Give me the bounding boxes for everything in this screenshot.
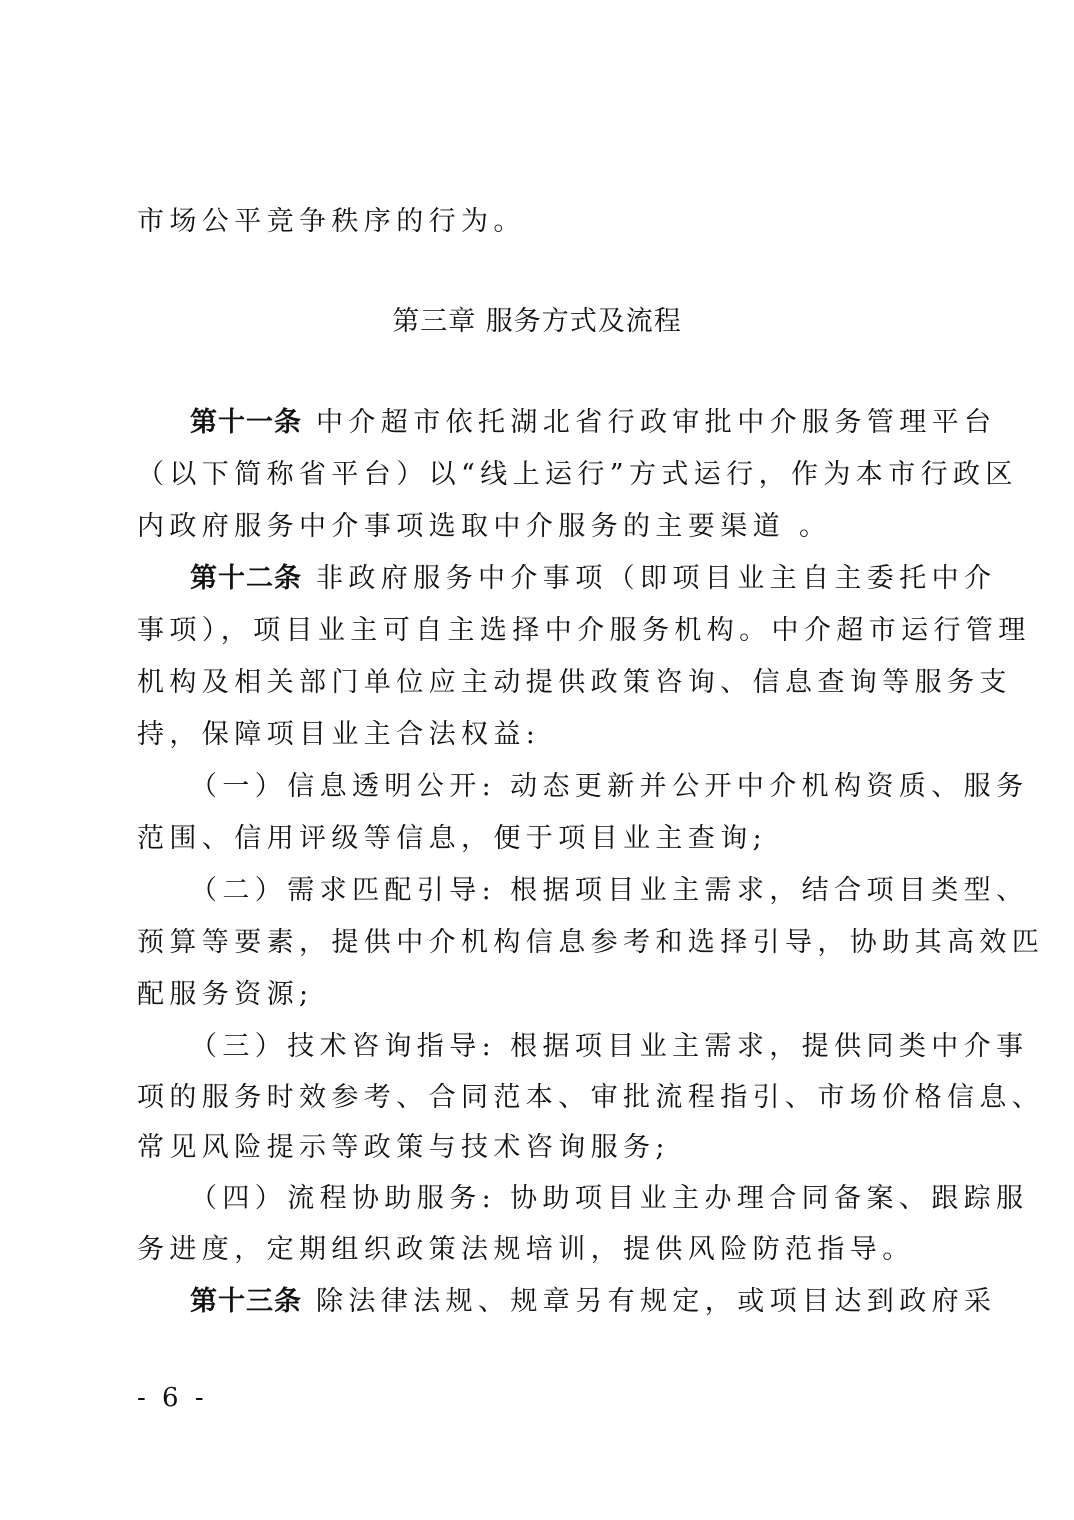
item-1-line-2: 范围、信用评级等信息，便于项目业主查询; <box>137 821 943 857</box>
article-12-line-4: 持，保障项目业主合法权益: <box>137 717 943 753</box>
continuation-line: 市场公平竞争秩序的行为。 <box>137 204 943 240</box>
chapter-heading: 第三章 服务方式及流程 <box>0 304 1074 340</box>
article-label: 第十一条 <box>190 407 302 438</box>
article-12-line-3: 机构及相关部门单位应主动提供政策咨询、信息查询等服务支 <box>137 665 943 701</box>
document-page: 市场公平竞争秩序的行为。 第三章 服务方式及流程 第十一条中介超市依托湖北省行政… <box>0 0 1074 1520</box>
article-11-line-2: （以下简称省平台）以“线上运行”方式运行，作为本市行政区 <box>137 457 943 493</box>
item-3-line-1: （三）技术咨询指导: 根据项目业主需求，提供同类中介事 <box>190 1029 943 1065</box>
page-number: - 6 - <box>137 1380 208 1416</box>
item-2-line-3: 配服务资源; <box>137 977 943 1013</box>
item-3-line-2: 项的服务时效参考、合同范本、审批流程指引、市场价格信息、 <box>137 1080 943 1116</box>
item-2-line-2: 预算等要素，提供中介机构信息参考和选择引导，协助其高效匹 <box>137 925 943 961</box>
item-1-line-1: （一）信息透明公开: 动态更新并公开中介机构资质、服务 <box>190 769 943 805</box>
item-2-line-1: （二）需求匹配引导: 根据项目业主需求，结合项目类型、 <box>190 873 943 909</box>
item-3-line-3: 常见风险提示等政策与技术咨询服务; <box>137 1130 943 1166</box>
article-11-line-1: 第十一条中介超市依托湖北省行政审批中介服务管理平台 <box>190 405 943 441</box>
article-11-line-3: 内政府服务中介事项选取中介服务的主要渠道 。 <box>137 509 943 545</box>
article-13-line-1: 第十三条除法律法规、规章另有规定，或项目达到政府采 <box>190 1284 943 1320</box>
item-4-line-2: 务进度，定期组织政策法规培训，提供风险防范指导。 <box>137 1232 943 1268</box>
article-label: 第十二条 <box>190 563 302 594</box>
article-label: 第十三条 <box>190 1286 302 1317</box>
article-12-line-1: 第十二条非政府服务中介事项（即项目业主自主委托中介 <box>190 561 943 597</box>
item-4-line-1: （四）流程协助服务: 协助项目业主办理合同备案、跟踪服 <box>190 1181 943 1217</box>
article-12-line-2: 事项），项目业主可自主选择中介服务机构。中介超市运行管理 <box>137 613 943 649</box>
